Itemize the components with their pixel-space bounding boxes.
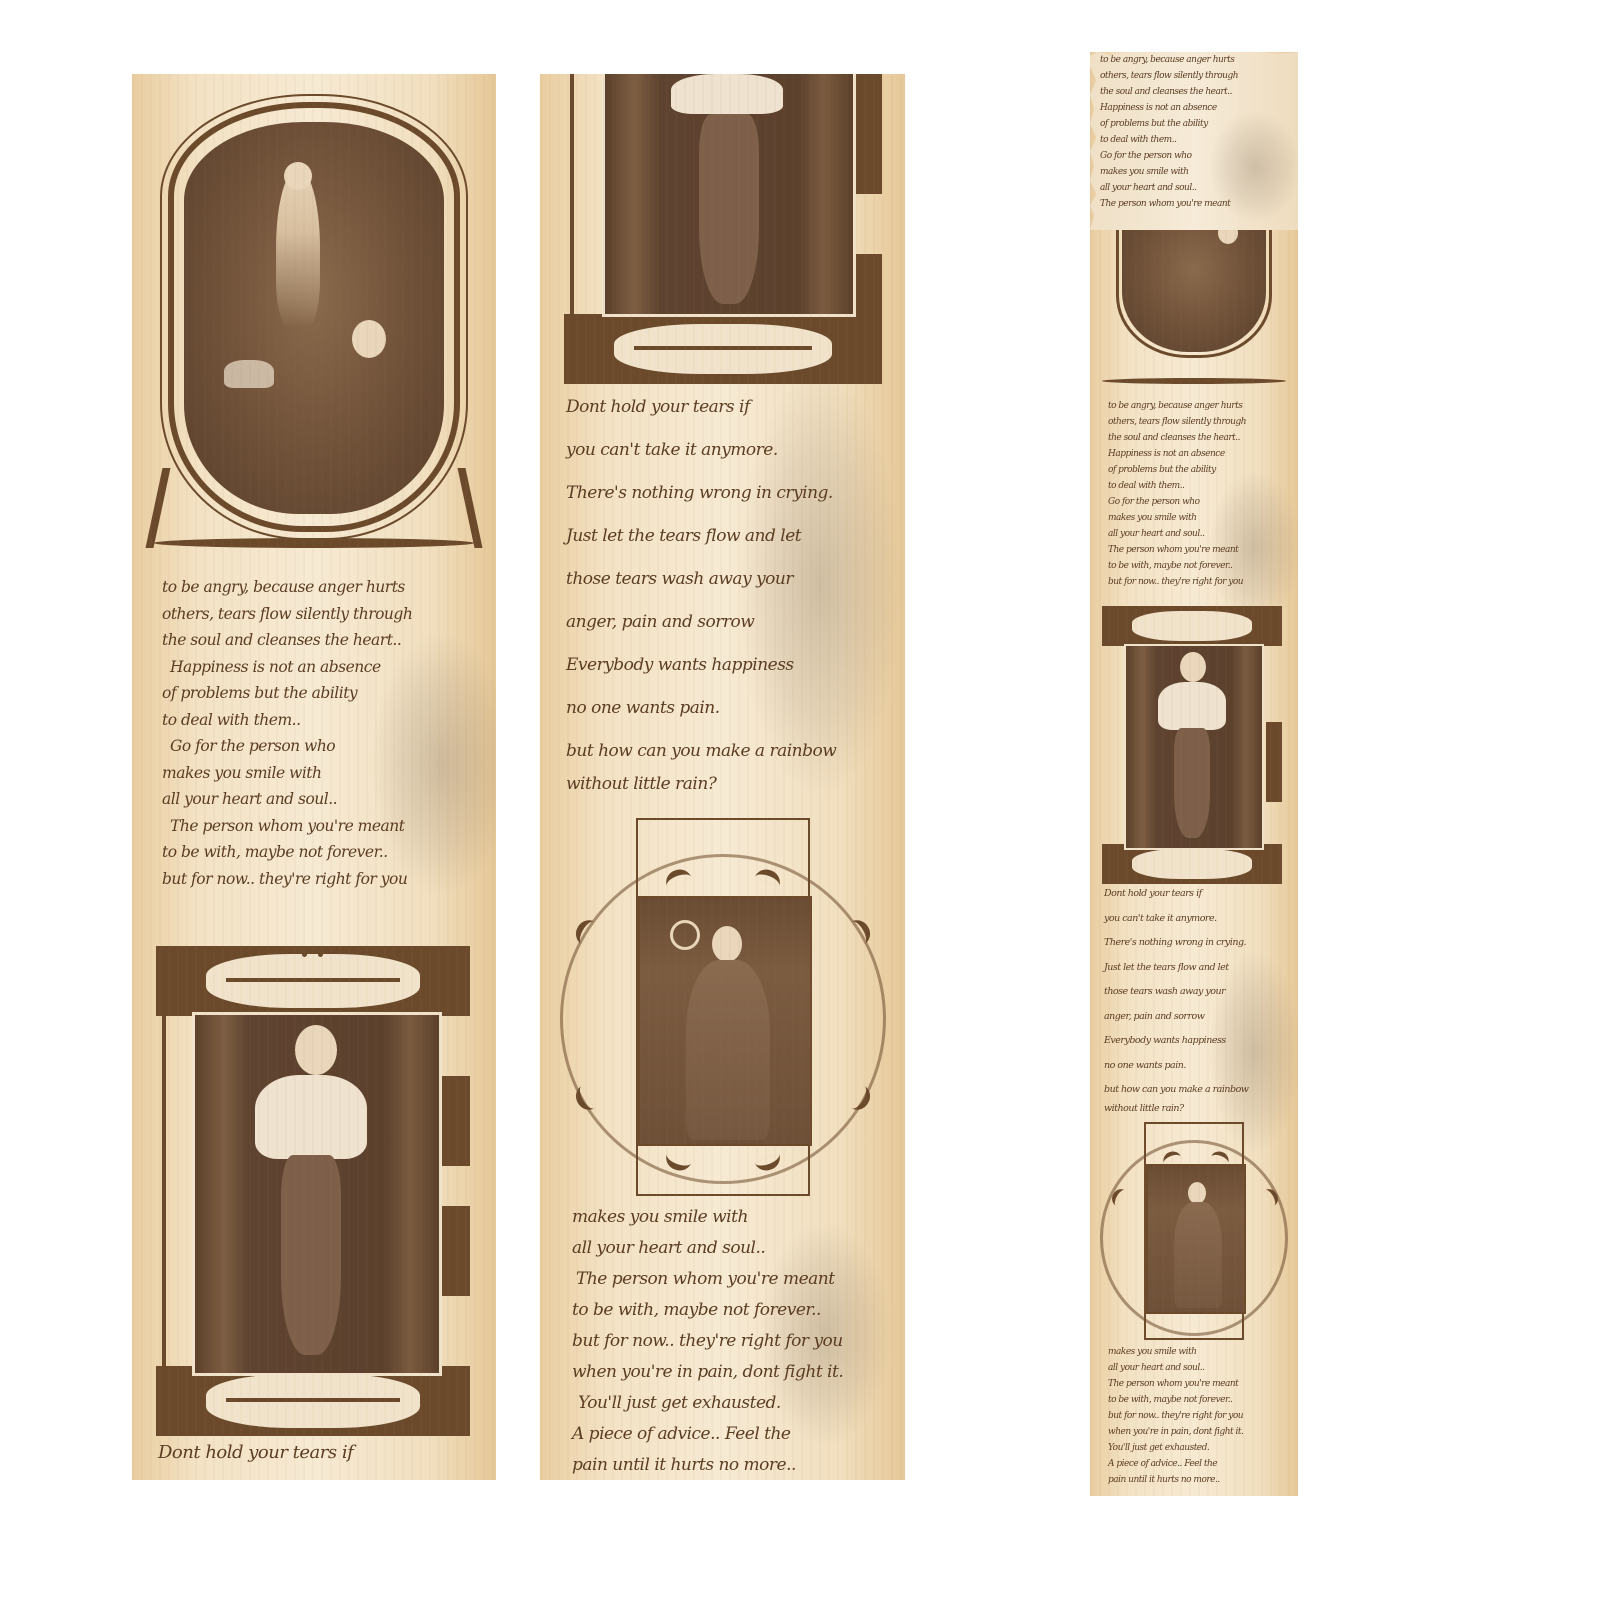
torn-tape-piece: to be angry, because anger hurts others,… (1090, 52, 1298, 230)
figure-legs (1174, 728, 1210, 838)
white-blouse (671, 74, 783, 114)
cloth-bundle (224, 360, 274, 388)
tape-strip-2: Dont hold your tears if you can't take i… (540, 74, 905, 1480)
frame-base (1102, 378, 1286, 384)
figure-head (712, 926, 742, 962)
figure-legs (281, 1155, 341, 1355)
poem-text: makes you smile with all your heart and … (572, 1202, 843, 1480)
swirl-oval-frame-icon (560, 814, 886, 1204)
portrait-photo (1146, 1164, 1246, 1314)
ornate-rectangle-frame-icon (156, 946, 470, 1436)
portrait-photo (602, 74, 856, 317)
floating-figure (276, 168, 320, 328)
poem-text: Dont hold your tears if you can't take i… (1104, 882, 1248, 1121)
portrait-photo (192, 1012, 442, 1376)
art-nouveau-frame-icon (154, 88, 474, 574)
portrait-photo (638, 896, 812, 1146)
tape-strip-1: to be angry, because anger hurts others,… (132, 74, 496, 1480)
poem-text: Dont hold your tears if (158, 1440, 353, 1467)
poem-text: to be angry, because anger hurts others,… (162, 574, 412, 892)
frame-base (154, 538, 474, 548)
figure-head (284, 162, 312, 190)
figure-legs (699, 114, 759, 304)
poem-text: Dont hold your tears if you can't take i… (566, 386, 836, 806)
ornate-rectangle-frame-icon (1102, 606, 1282, 884)
art-nouveau-frame-icon (1102, 202, 1286, 392)
ornate-rectangle-frame-icon (564, 74, 882, 384)
long-dress (686, 960, 770, 1140)
figure-head (295, 1025, 337, 1075)
hand-mirror (670, 920, 700, 950)
long-dress (1174, 1202, 1222, 1308)
poem-text: to be angry, because anger hurts others,… (1100, 52, 1238, 212)
white-blouse (1158, 682, 1226, 730)
portrait-photo (184, 122, 444, 514)
white-blouse (255, 1075, 367, 1159)
woman-head (352, 320, 386, 358)
poem-text: makes you smile with all your heart and … (1108, 1344, 1243, 1488)
swirl-oval-frame-icon (1100, 1120, 1288, 1346)
poem-text: to be angry, because anger hurts others,… (1108, 398, 1246, 590)
figure-head (1180, 652, 1206, 682)
figure-head (1188, 1182, 1206, 1204)
tape-strip-3: to be angry, because anger hurts others,… (1090, 52, 1298, 1496)
portrait-photo (1124, 644, 1264, 850)
